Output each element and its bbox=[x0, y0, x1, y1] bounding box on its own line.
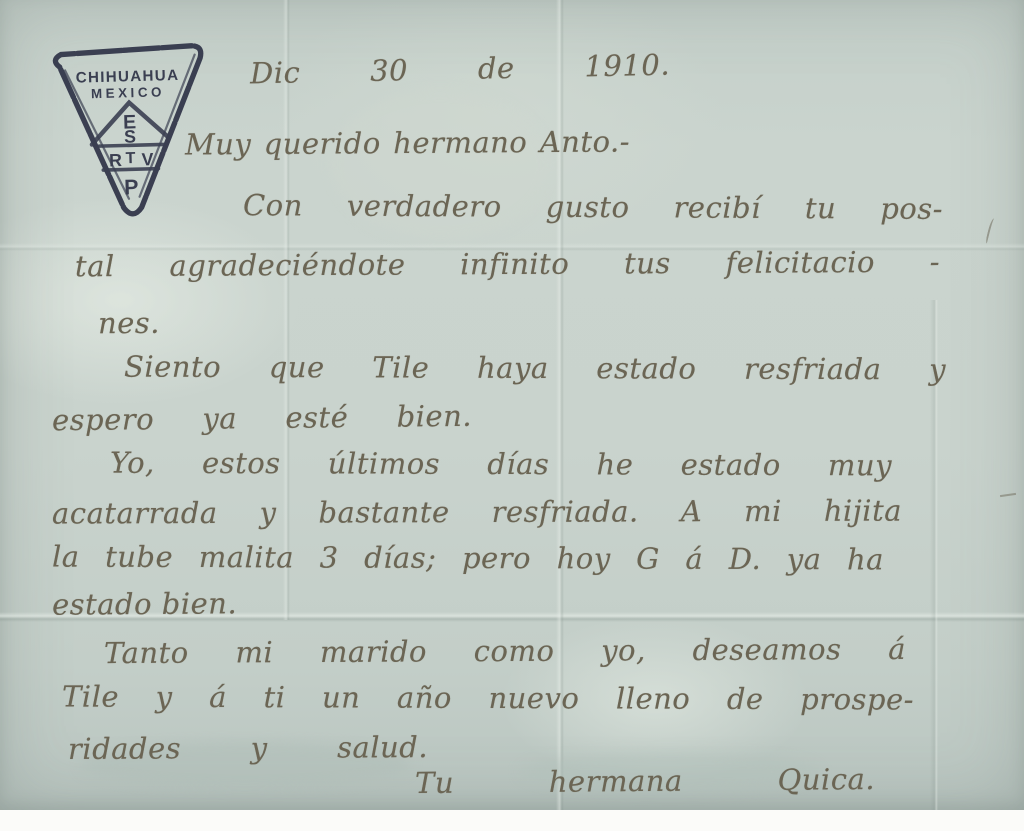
letter-line: estado bien. bbox=[52, 586, 237, 621]
signature-line: Tu hermana Quica. bbox=[415, 762, 875, 800]
letter-paper: CHIHUAHUA MEXICO E S R T V P Dic 30 de 1… bbox=[0, 0, 1024, 810]
stamp-text-mexico: MEXICO bbox=[91, 84, 165, 101]
stamp-monogram-t: T bbox=[125, 149, 135, 167]
letter-line: Yo, estos últimos días he estado muy bbox=[110, 446, 892, 483]
letter-line: Con verdadero gusto recibí tu pos- bbox=[243, 188, 943, 226]
stamp-monogram-v: V bbox=[141, 149, 154, 169]
letter-line: nes. bbox=[98, 306, 160, 341]
stamp-monogram-r: R bbox=[109, 150, 123, 170]
stamp-monogram-s: S bbox=[124, 126, 137, 146]
letter-line: ridades y salud. bbox=[68, 730, 428, 766]
stray-pen-mark bbox=[1000, 493, 1016, 497]
letter-line: Tile y á ti un año nuevo lleno de prospe… bbox=[62, 680, 914, 717]
stamp-monogram-p: P bbox=[124, 175, 139, 199]
letter-line: tal agradeciéndote infinito tus felicita… bbox=[75, 245, 940, 284]
date-line: Dic 30 de 1910. bbox=[250, 48, 671, 91]
letter-line: acatarrada y bastante resfriada. A mi hi… bbox=[52, 494, 902, 531]
letter-line: la tube malita 3 días; pero hoy G á D. y… bbox=[52, 540, 884, 577]
letter-line: Siento que Tile haya estado resfriada y bbox=[124, 350, 946, 387]
letter-line: espero ya esté bien. bbox=[52, 399, 472, 437]
salutation-line: Muy querido hermano Anto.- bbox=[185, 124, 630, 161]
letter-line: Tanto mi marido como yo, deseamos á bbox=[104, 632, 906, 670]
stray-pen-mark bbox=[985, 218, 996, 244]
